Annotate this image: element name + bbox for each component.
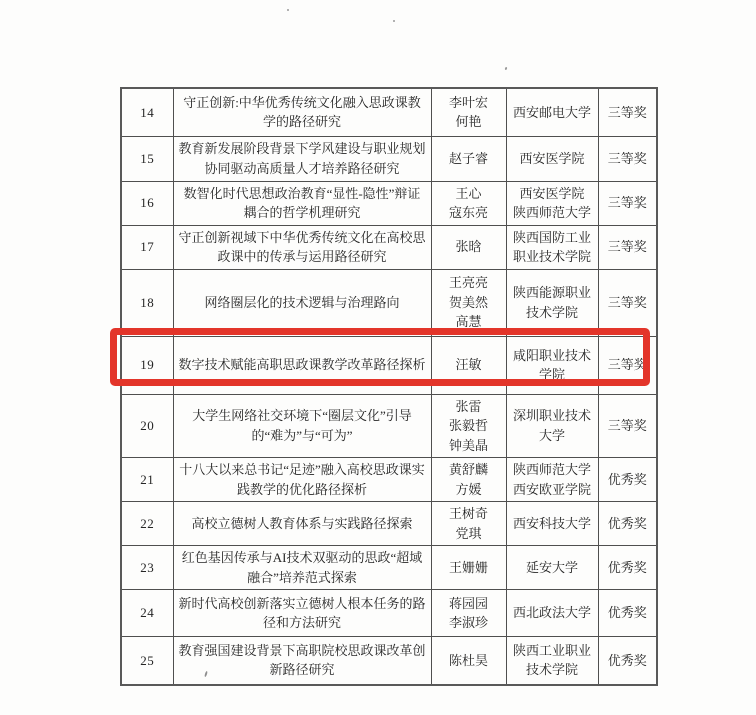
row-number-cell: 14 bbox=[121, 88, 173, 136]
table-row: 24新时代高校创新落实立德树人根本任务的路径和方法研究蒋园园 李淑珍西北政法大学… bbox=[121, 590, 657, 637]
scan-speck bbox=[505, 67, 508, 71]
institution-cell: 陕西能源职业技术学院 bbox=[506, 269, 598, 336]
title-cell: 十八大以来总书记“足迹”融入高校思政课实践教学的优化路径探析 bbox=[173, 458, 431, 502]
title-cell: 数智化时代思想政治教育“显性-隐性”辩证耦合的哲学机理研究 bbox=[173, 181, 431, 225]
row-number-cell: 17 bbox=[121, 225, 173, 269]
title-cell: 教育新发展阶段背景下学风建设与职业规划协同驱动高质量人才培养路径研究 bbox=[173, 136, 431, 181]
authors-cell: 王亮亮 贺美然 高慧 bbox=[431, 269, 506, 336]
table-row: 14守正创新:中华优秀传统文化融入思政课教学的路径研究李叶宏 何艳西安邮电大学三… bbox=[121, 88, 657, 136]
institution-cell: 陕西国防工业职业技术学院 bbox=[506, 225, 598, 269]
authors-cell: 王心 寇东亮 bbox=[431, 181, 506, 225]
title-cell: 网络圈层化的技术逻辑与治理路向 bbox=[173, 269, 431, 336]
title-cell: 教育强国建设背景下高职院校思政课改革创新路径研究 bbox=[173, 637, 431, 685]
table-row: 16数智化时代思想政治教育“显性-隐性”辩证耦合的哲学机理研究王心 寇东亮西安医… bbox=[121, 181, 657, 225]
authors-cell: 陈杜昊 bbox=[431, 637, 506, 685]
award-cell: 优秀奖 bbox=[598, 546, 657, 590]
authors-cell: 汪敏 bbox=[431, 336, 506, 394]
title-cell: 守正创新:中华优秀传统文化融入思政课教学的路径研究 bbox=[173, 88, 431, 136]
award-cell: 优秀奖 bbox=[598, 458, 657, 502]
award-cell: 三等奖 bbox=[598, 88, 657, 136]
row-number-cell: 20 bbox=[121, 394, 173, 458]
award-table-body: 14守正创新:中华优秀传统文化融入思政课教学的路径研究李叶宏 何艳西安邮电大学三… bbox=[121, 88, 657, 685]
row-number-cell: 25 bbox=[121, 637, 173, 685]
institution-cell: 西北政法大学 bbox=[506, 590, 598, 637]
table-row: 21十八大以来总书记“足迹”融入高校思政课实践教学的优化路径探析黄舒麟 方媛陕西… bbox=[121, 458, 657, 502]
award-cell: 三等奖 bbox=[598, 269, 657, 336]
table-row: 20大学生网络社交环境下“圈层文化”引导的“难为”与“可为”张雷 张毅哲 钟美晶… bbox=[121, 394, 657, 458]
title-cell: 新时代高校创新落实立德树人根本任务的路径和方法研究 bbox=[173, 590, 431, 637]
row-number-cell: 22 bbox=[121, 502, 173, 546]
title-cell: 大学生网络社交环境下“圈层文化”引导的“难为”与“可为” bbox=[173, 394, 431, 458]
award-cell: 优秀奖 bbox=[598, 637, 657, 685]
title-cell: 守正创新视域下中华优秀传统文化在高校思政课中的传承与运用路径研究 bbox=[173, 225, 431, 269]
table-row: 23红色基因传承与AI技术双驱动的思政“超域融合”培养范式探索王姗姗延安大学优秀… bbox=[121, 546, 657, 590]
table-row: 18网络圈层化的技术逻辑与治理路向王亮亮 贺美然 高慧陕西能源职业技术学院三等奖 bbox=[121, 269, 657, 336]
authors-cell: 王树奇 党琪 bbox=[431, 502, 506, 546]
award-cell: 优秀奖 bbox=[598, 502, 657, 546]
row-number-cell: 24 bbox=[121, 590, 173, 637]
authors-cell: 黄舒麟 方媛 bbox=[431, 458, 506, 502]
institution-cell: 西安医学院 陕西师范大学 bbox=[506, 181, 598, 225]
table-row: 22高校立德树人教育体系与实践路径探索王树奇 党琪西安科技大学优秀奖 bbox=[121, 502, 657, 546]
institution-cell: 深圳职业技术大学 bbox=[506, 394, 598, 458]
authors-cell: 王姗姗 bbox=[431, 546, 506, 590]
authors-cell: 张晗 bbox=[431, 225, 506, 269]
row-number-cell: 16 bbox=[121, 181, 173, 225]
award-cell: 三等奖 bbox=[598, 181, 657, 225]
award-table: 14守正创新:中华优秀传统文化融入思政课教学的路径研究李叶宏 何艳西安邮电大学三… bbox=[120, 87, 658, 686]
scan-speck bbox=[393, 20, 395, 22]
row-number-cell: 15 bbox=[121, 136, 173, 181]
award-cell: 三等奖 bbox=[598, 225, 657, 269]
authors-cell: 张雷 张毅哲 钟美晶 bbox=[431, 394, 506, 458]
scanned-document-page: 14守正创新:中华优秀传统文化融入思政课教学的路径研究李叶宏 何艳西安邮电大学三… bbox=[0, 0, 756, 715]
institution-cell: 陕西师范大学 西安欧亚学院 bbox=[506, 458, 598, 502]
institution-cell: 延安大学 bbox=[506, 546, 598, 590]
award-cell: 三等奖 bbox=[598, 394, 657, 458]
authors-cell: 李叶宏 何艳 bbox=[431, 88, 506, 136]
title-cell: 红色基因传承与AI技术双驱动的思政“超域融合”培养范式探索 bbox=[173, 546, 431, 590]
award-cell: 优秀奖 bbox=[598, 590, 657, 637]
row-number-cell: 23 bbox=[121, 546, 173, 590]
institution-cell: 西安医学院 bbox=[506, 136, 598, 181]
authors-cell: 赵子睿 bbox=[431, 136, 506, 181]
authors-cell: 蒋园园 李淑珍 bbox=[431, 590, 506, 637]
row-number-cell: 21 bbox=[121, 458, 173, 502]
institution-cell: 西安邮电大学 bbox=[506, 88, 598, 136]
table-row-highlighted: 19数字技术赋能高职思政课教学改革路径探析汪敏咸阳职业技术学院三等奖 bbox=[121, 336, 657, 394]
title-cell: 高校立德树人教育体系与实践路径探索 bbox=[173, 502, 431, 546]
institution-cell: 西安科技大学 bbox=[506, 502, 598, 546]
table-row: 17守正创新视域下中华优秀传统文化在高校思政课中的传承与运用路径研究张晗陕西国防… bbox=[121, 225, 657, 269]
table-row: 15教育新发展阶段背景下学风建设与职业规划协同驱动高质量人才培养路径研究赵子睿西… bbox=[121, 136, 657, 181]
title-cell: 数字技术赋能高职思政课教学改革路径探析 bbox=[173, 336, 431, 394]
row-number-cell: 18 bbox=[121, 269, 173, 336]
institution-cell: 咸阳职业技术学院 bbox=[506, 336, 598, 394]
table-row: 25教育强国建设背景下高职院校思政课改革创新路径研究陈杜昊陕西工业职业技术学院优… bbox=[121, 637, 657, 685]
institution-cell: 陕西工业职业技术学院 bbox=[506, 637, 598, 685]
scan-speck bbox=[287, 9, 289, 11]
award-cell: 三等奖 bbox=[598, 336, 657, 394]
award-cell: 三等奖 bbox=[598, 136, 657, 181]
row-number-cell: 19 bbox=[121, 336, 173, 394]
